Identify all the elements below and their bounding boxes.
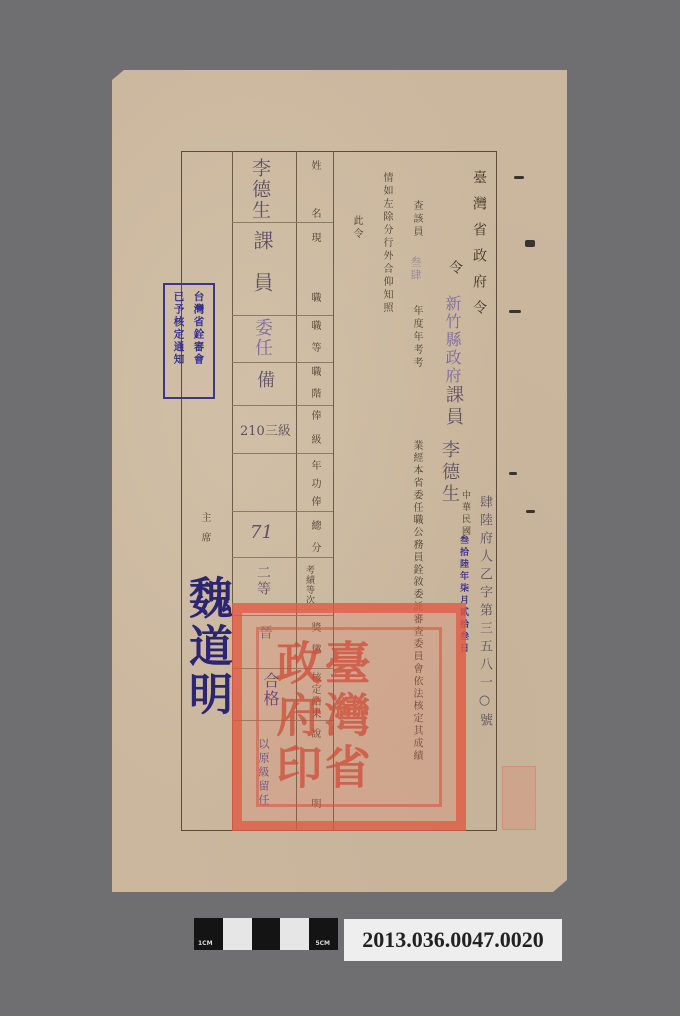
stamp-line1: 台灣省銓審會 [193,291,204,366]
closing-text: 此令 [351,215,361,241]
approval-stamp: 台灣省銓審會 已予核定通知 [163,283,215,399]
accession-number-label: 2013.036.0047.0020 [344,919,562,961]
body-year: 叁肆 [410,256,421,282]
official-seal: 臺灣省政府印 [232,603,466,831]
binding-mark [526,510,535,513]
value-grade: 備 [255,370,273,400]
stamp-line2: 已予核定通知 [173,291,184,366]
scale-right-label: 5CM [315,940,330,947]
body-line1b: 年度年考考 [411,305,421,370]
body-line2: 情如左除分行外合仰知照 [381,172,391,315]
body-line1: 查該員 [411,200,421,239]
recipient-title: 課員 [444,385,462,429]
value-current-post: 課員 [252,230,272,314]
header-rank: 職等 [309,320,319,364]
value-evaluation-grade: 二等 [256,565,270,597]
reference-number: 肆陸府人乙字第三五八一○號 [478,495,491,731]
scale-bar: 1CM 5CM [194,918,338,950]
binding-mark [525,240,535,247]
binding-mark [509,310,521,313]
partial-seal-mark [502,766,536,830]
date-prefix: 中華民國 [460,490,469,538]
value-total-score: 71 [250,522,273,543]
header-salary: 俸級 [309,410,319,458]
document-title: 臺灣省政府令 [472,170,486,326]
header-total-score: 總分 [309,520,319,564]
header-evaluation-grade: 考績等次 [304,565,313,605]
recipient-name: 李德生 [440,440,458,506]
value-name: 李德生 [250,158,269,221]
value-salary: 210三級 [240,420,291,439]
scale-left-label: 1CM [198,940,213,947]
seal-text: 臺灣省政府印 [272,639,369,821]
value-rank: 委任 [253,318,271,358]
header-grade: 職階 [309,366,319,410]
recipient-org: 新竹縣政府 [444,295,460,385]
binding-mark [514,176,524,179]
binding-mark [509,472,517,475]
order-word: 令 [448,260,462,286]
chair-label: 主席 [199,512,209,552]
chair-signature: 魏道明 [184,575,228,719]
header-seniority-pay: 年功俸 [309,460,319,514]
